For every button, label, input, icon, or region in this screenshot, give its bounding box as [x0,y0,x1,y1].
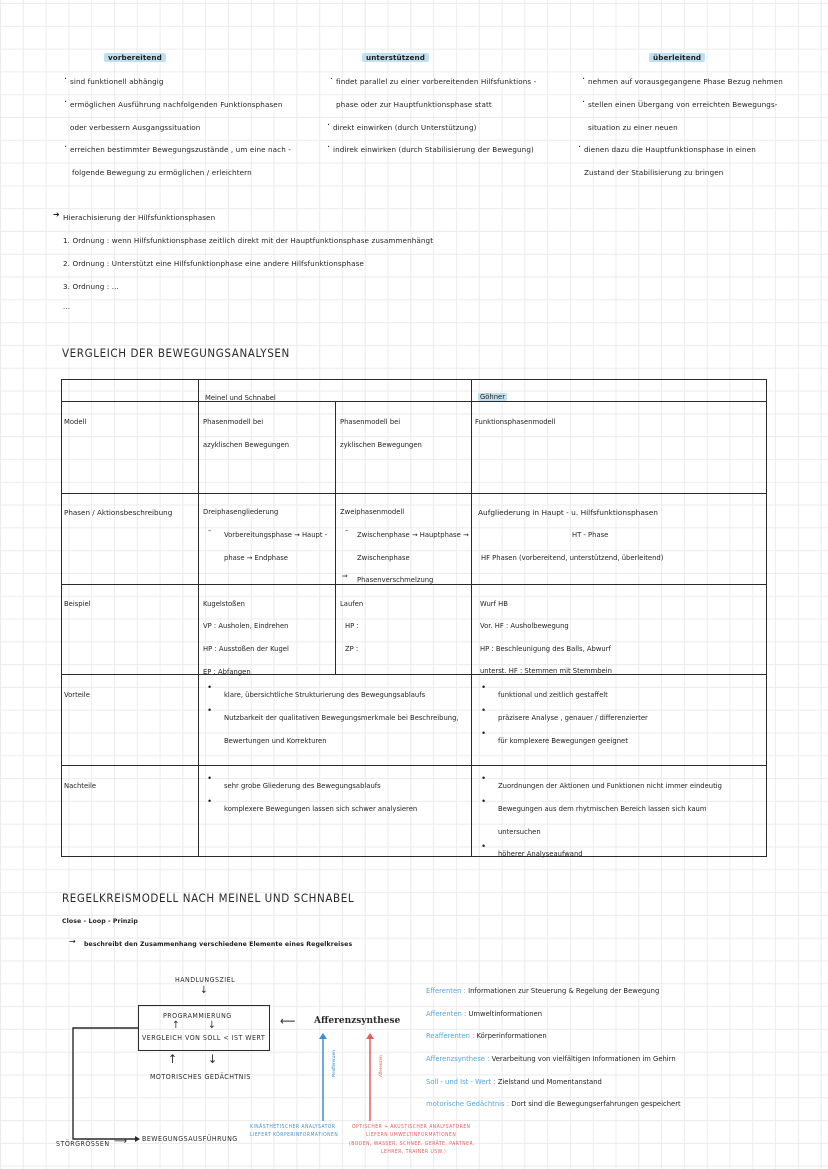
hierarchy-item: ... [63,302,70,311]
dash: – [208,527,211,535]
cell: Zwischenphase → Hauptphase → [357,531,469,539]
heading-unterstuetzend: unterstützend [362,53,429,62]
table-divider [62,401,766,402]
comparison-title: VERGLEICH DER BEWEGUNGSANALYSEN [62,346,290,360]
list-item: phase oder zur Hauptfunktionsphase statt [336,100,492,109]
cell: Funktionsphasenmodell [475,418,556,426]
cell: Laufen [340,600,363,608]
bullet-icon: • [208,773,211,783]
legend-item: Efferenten : Informationen zur Steuerung… [426,987,659,995]
legend-item: Reafferenten : Körperinformationen [426,1032,547,1040]
reafferenzen-arrow [317,1033,329,1123]
list-item: nehmen auf vorausgegangene Phase Bezug n… [588,77,783,86]
bullet-icon: • [208,705,211,715]
hierarchy-item: 2. Ordnung : Unterstützt eine Hilfsfunkt… [63,259,364,268]
bewegungsausfuehrung-label: BEWEGUNGSAUSFÜHRUNG [142,1135,238,1143]
feedback-loop-line [60,1025,140,1145]
arrow-down-icon: ↓ [200,985,208,996]
comparison-table: Meinel und Schnabel Göhner Modell Phasen… [61,379,767,857]
cell: VP : Ausholen, Eindrehen [203,622,288,630]
list-item: erreichen bestimmter Bewegungszustände ,… [70,145,291,154]
cell: Zuordnungen der Aktionen und Funktionen … [498,782,722,790]
cell: Bewegungen aus dem rhytmischen Bereich l… [498,805,706,813]
list-item: oder verbessern Ausgangssituation [70,123,200,132]
cell: Bewertungen und Korrekturen [224,737,327,745]
header-goehner: Göhner [478,393,507,401]
cell: HP : Ausstoßen der Kugel [203,645,289,653]
bullet-icon: • [208,682,211,692]
legend-item: motorische Gedächtnis : Dort sind die Be… [426,1100,681,1108]
list-item: Zustand der Stabilisierung zu bringen [584,168,723,177]
kinaesthetisch-label: KINÄSTHETISCHER ANALYSATOR [250,1124,336,1130]
legend-item: Afferenten : Umweltinformationen [426,1010,542,1018]
legend-item: Afferenzsynthese : Verarbeitung von viel… [426,1055,676,1063]
header-meinel: Meinel und Schnabel [205,394,276,402]
table-divider [62,674,766,675]
implies-icon: ⇒ [342,572,348,580]
regelkreis-title: REGELKREISMODELL NACH MEINEL UND SCHNABE… [62,891,354,905]
bullet-icon: • [482,796,485,806]
cell: Zweiphasenmodell [340,508,404,516]
cell: untersuchen [498,828,541,836]
cell: sehr grobe Gliederung des Bewegungsablau… [224,782,381,790]
arrow-left-icon: ⟵ [280,1014,296,1028]
cell: Aufgliederung in Haupt - u. Hilfsfunktio… [478,508,658,517]
dash: – [345,527,348,535]
cell: Phasenmodell bei [340,418,400,426]
cell: funktional und zeitlich gestaffelt [498,691,608,699]
cell: Zwischenphase [357,554,410,562]
list-item: situation zu einer neuen [588,123,678,132]
list-item: dienen dazu die Hauptfunktionsphase in e… [584,145,756,154]
stoergroessen-label: STÖRGRÖSSEN [56,1140,110,1148]
hierarchy-item: 3. Ordnung : ... [63,282,119,291]
table-divider [335,401,336,585]
row-label-phasen: Phasen / Aktionsbeschreibung [64,508,172,517]
arrow-right-icon: → [69,937,76,946]
table-divider [198,380,199,856]
bullet-icon: • [482,728,485,738]
hierarchy-title: Hierachisierung der Hilfsfunktionsphasen [63,213,215,222]
cell: Kugelstoßen [203,600,245,608]
list-item: folgende Bewegung zu ermöglichen / erlei… [72,168,252,177]
row-label-vorteile: Vorteile [64,691,90,699]
table-divider [62,765,766,766]
programmierung-label: PROGRAMMIERUNG [163,1012,232,1020]
arrow-up-icon: ↑ [172,1020,180,1031]
list-item: sind funktionell abhängig [70,77,164,86]
cell: HT - Phase [572,531,608,539]
cell: Wurf HB [480,600,508,608]
motorisches-gedaechtnis-label: MOTORISCHES GEDÄCHTNIS [150,1073,251,1081]
cell: klare, übersichtliche Strukturierung des… [224,691,425,699]
cell: Nutzbarkeit der qualitativen Bewegungsme… [224,714,459,722]
table-divider [335,584,336,675]
handlungsziel-label: HANDLUNGSZIEL [175,976,235,984]
reafferenzen-label: Reafferenzen [331,1050,336,1077]
list-item: ermöglichen Ausführung nachfolgenden Fun… [70,100,282,109]
afferenzsynthese-label: Afferenzsynthese [314,1016,400,1026]
cell: komplexere Bewegungen lassen sich schwer… [224,805,417,813]
table-divider [471,380,472,856]
legend-item: Soll - und Ist - Wert : Zielstand und Mo… [426,1078,602,1086]
regelkreis-subtitle: Close - Loop - Prinzip [62,918,138,925]
hierarchy-item: 1. Ordnung : wenn Hilfsfunktionsphase ze… [63,236,433,245]
afferenzen-label: Afferenzen [378,1055,383,1077]
arrow-right-icon: ⟶ [114,1136,127,1147]
row-label-beispiel: Beispiel [64,600,91,608]
table-divider [62,584,766,585]
table-divider [62,493,766,494]
cell: unterst. HF : Stemmen mit Stemmbein [480,667,612,675]
cell: zyklischen Bewegungen [340,441,422,449]
cell: Dreiphasengliederung [203,508,278,516]
list-item: direkt einwirken (durch Unterstützung) [333,123,477,132]
bullet-icon: • [482,682,485,692]
cell: Vor. HF : Ausholbewegung [480,622,569,630]
bullet-icon: • [482,705,485,715]
optisch-label: LIEFERN UMWELTINFORMATIONEN [366,1132,456,1138]
optisch-label: LEHRER, TRAINER USW.) [381,1149,446,1155]
bullet-icon: • [482,773,485,783]
arrow-down-icon: ↓ [208,1052,218,1066]
bullet-icon: • [208,796,211,806]
regelkreis-description: beschreibt den Zusammenhang verschiedene… [84,941,352,948]
optisch-label: OPTISCHER + AKUSTISCHER ANALYSATOREN [352,1124,471,1130]
list-item: stellen einen Übergang von erreichten Be… [588,100,778,109]
arrow-down-icon: ↓ [208,1020,216,1031]
row-label-nachteile: Nachteile [64,782,96,790]
optisch-label: (BODEN, WASSER, SCHNEE, GERÄTE, PARTNER, [349,1141,475,1147]
cell: Vorbereitungsphase → Haupt - [224,531,327,539]
row-label-modell: Modell [64,418,86,426]
cell: EP : Abfangen [203,668,251,676]
list-item: indirek einwirken (durch Stabilisierung … [333,145,534,154]
bullet-icon: • [482,841,485,851]
cell: Phasenverschmelzung [357,576,433,584]
arrow-right-icon: ➔ [53,210,60,219]
vergleich-label: VERGLEICH VON SOLL < IST WERT [142,1034,265,1042]
cell: präzisere Analyse , genauer / differenzi… [498,714,648,722]
cell: HF Phasen (vorbereitend, unterstützend, … [481,554,663,562]
cell: höherer Analyseaufwand [498,850,583,858]
cell: HP : [345,622,359,630]
cell: HP : Beschleunigung des Balls, Abwurf [480,645,611,653]
cell: für komplexere Bewegungen geeignet [498,737,628,745]
heading-vorbereitend: vorbereitend [104,53,166,62]
afferenzen-arrow [364,1033,376,1123]
cell: ZP : [345,645,358,653]
list-item: findet parallel zu einer vorbereitenden … [336,77,536,86]
heading-ueberleitend: überleitend [649,53,705,62]
cell: azyklischen Bewegungen [203,441,289,449]
arrow-up-icon: ↑ [168,1052,178,1066]
cell: phase → Endphase [224,554,288,562]
cell: Phasenmodell bei [203,418,263,426]
kinaesthetisch-label: LIEFERT KÖRPERINFORMATIONEN [250,1132,338,1138]
